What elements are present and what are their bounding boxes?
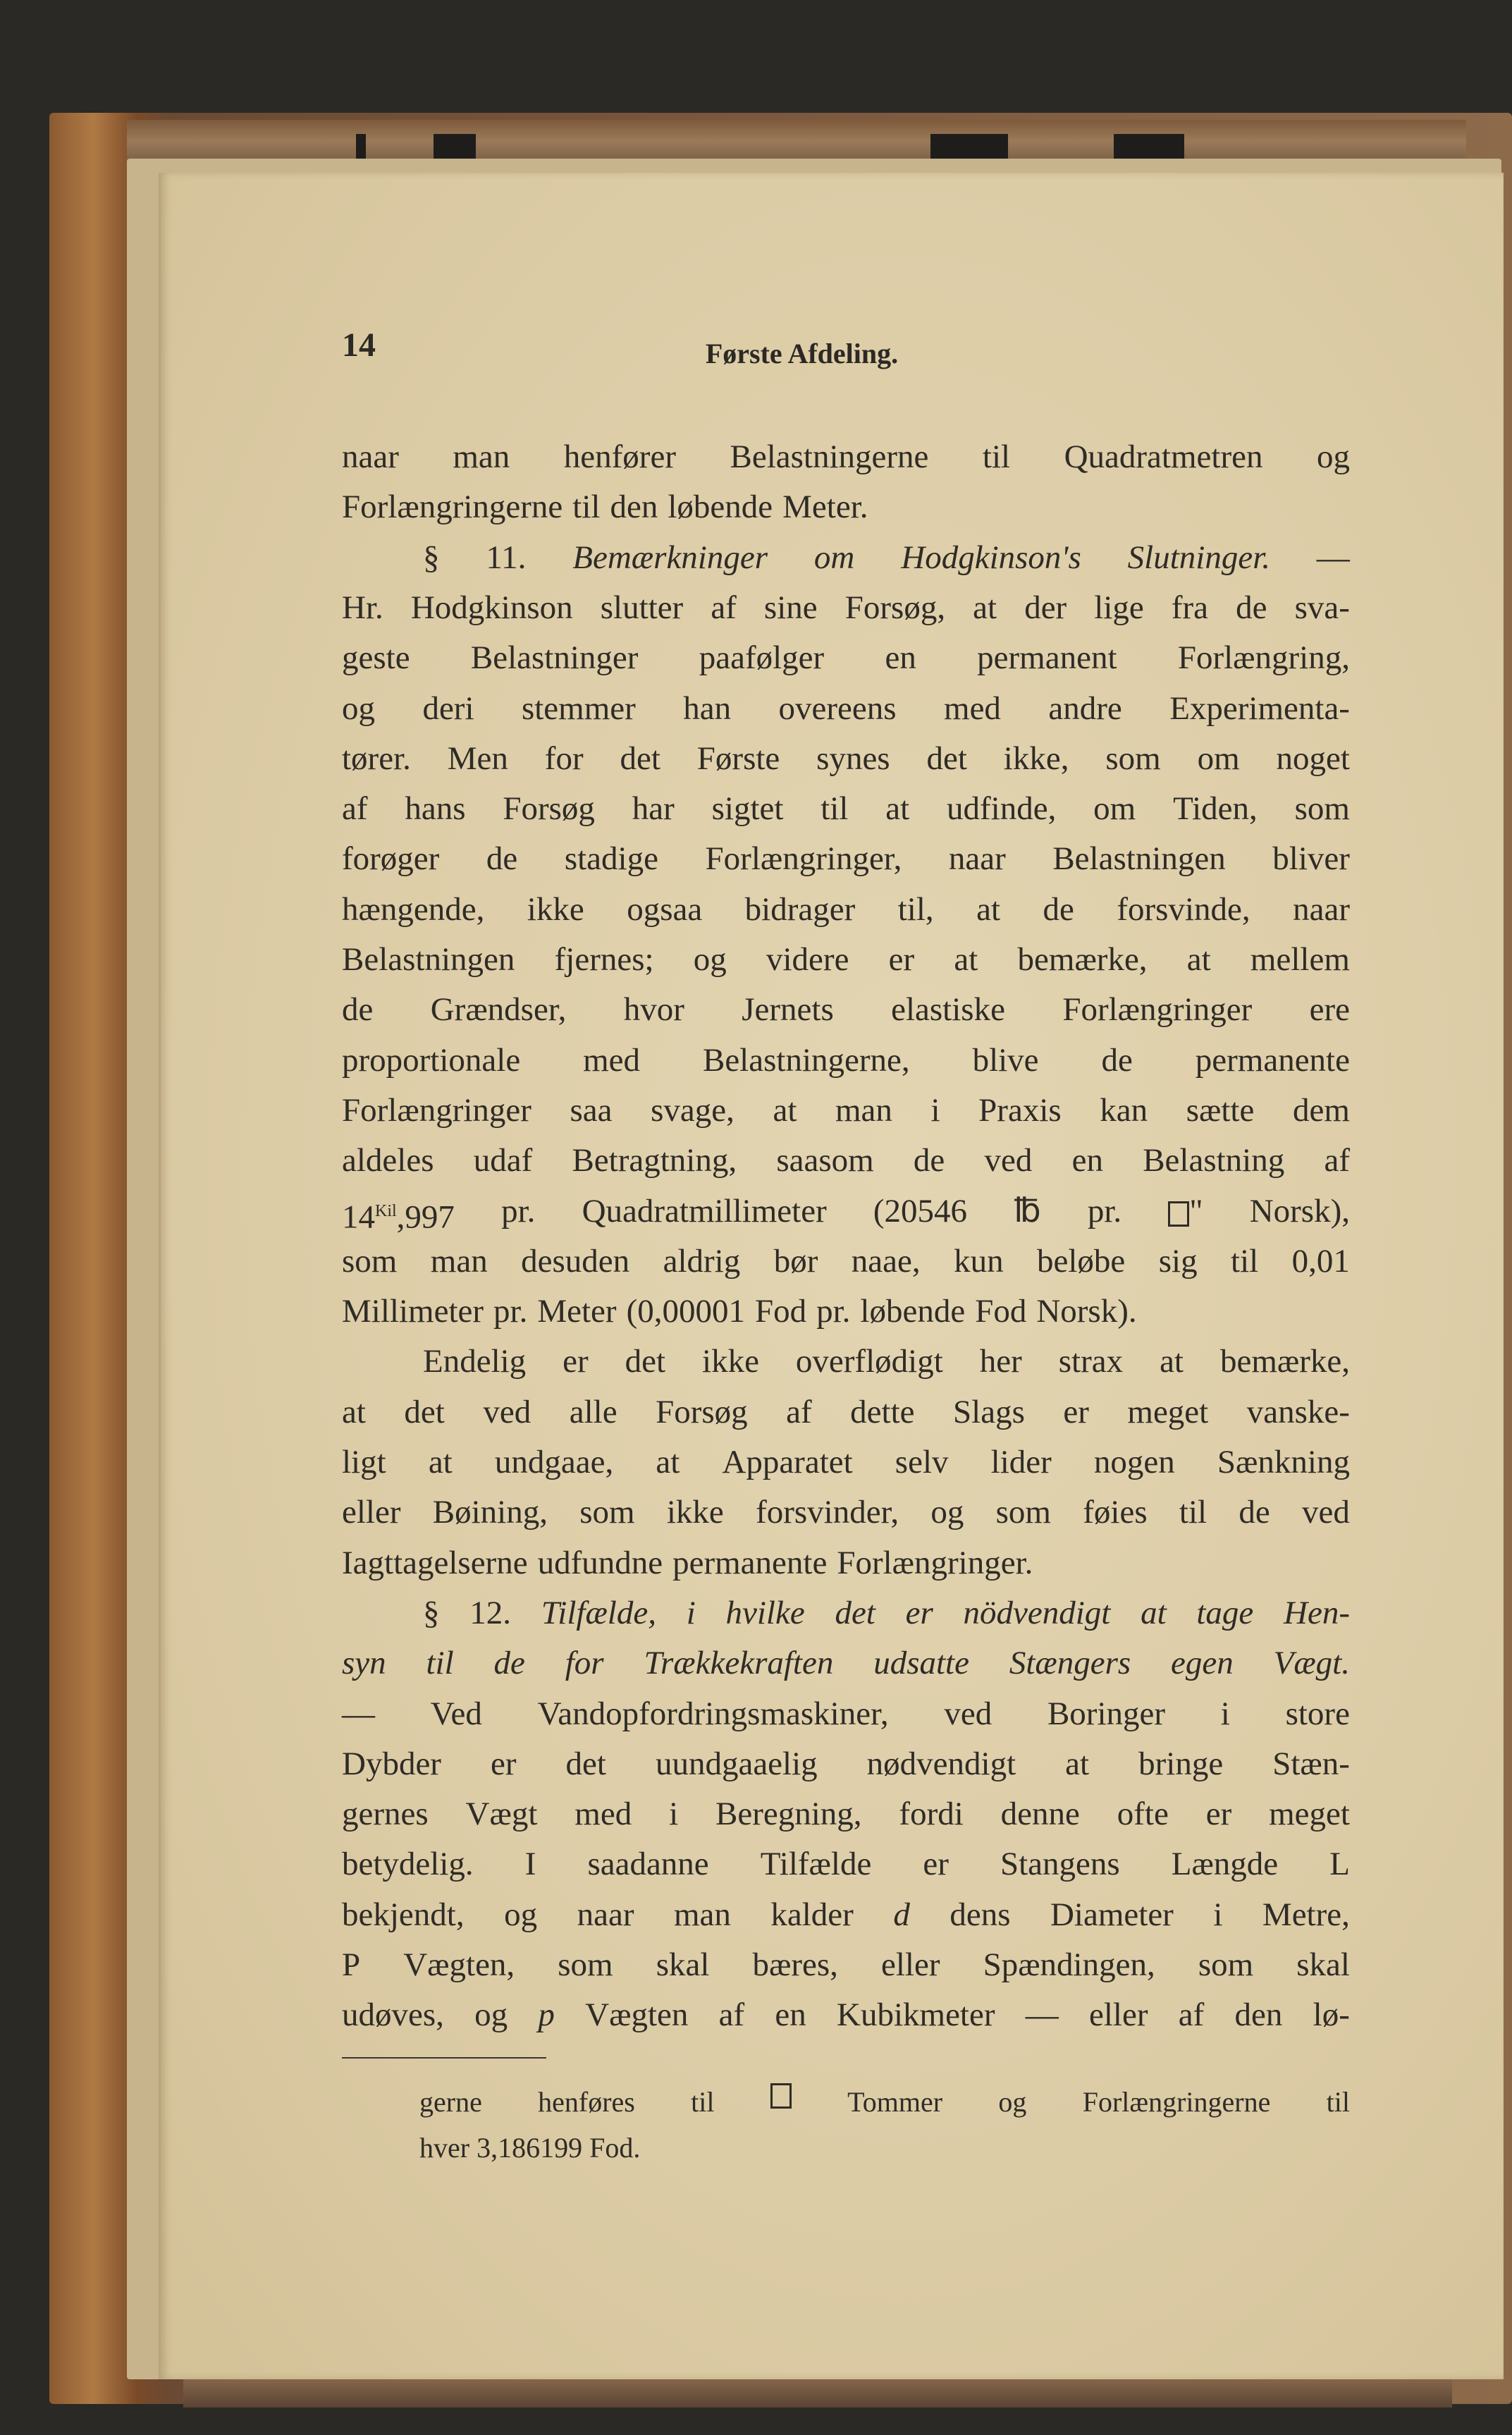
word: beløbe	[1037, 1240, 1125, 1282]
word: udaf	[474, 1139, 533, 1182]
word: Fod	[755, 1290, 806, 1332]
word: at	[1160, 1340, 1184, 1382]
word: i	[687, 1592, 696, 1634]
word: og	[694, 938, 727, 981]
word: Hodgkinson	[411, 587, 573, 629]
body-line: sommandesudenaldrigbørnaae,kunbeløbesigt…	[342, 1240, 1350, 1282]
word: Experimenta-	[1169, 687, 1350, 730]
word: Hodgkinson's	[901, 536, 1081, 579]
word: henføres	[538, 2083, 635, 2121]
word: Belastningerne,	[703, 1039, 910, 1081]
word: Trækkekraften	[644, 1642, 833, 1684]
word: gernes	[342, 1793, 429, 1835]
word: —	[342, 1693, 375, 1735]
word: meget	[1127, 1391, 1208, 1433]
word: Længde	[1172, 1843, 1278, 1885]
word: sva-	[1295, 587, 1350, 629]
word: hvilke	[726, 1592, 805, 1634]
word: Forsøg,	[845, 587, 945, 629]
footnote-line-2: hver 3,186199 Fod.	[419, 2129, 1350, 2167]
body-line: IagttagelserneudfundnepermanenteForlængr…	[342, 1542, 1350, 1584]
word: pr.	[501, 1190, 535, 1232]
word: til	[820, 787, 848, 830]
footnote-rule	[342, 2057, 546, 2059]
word: uundgaaelig	[656, 1743, 818, 1785]
word: at	[973, 587, 997, 629]
word: udsatte	[873, 1642, 969, 1684]
word: syn	[342, 1642, 386, 1684]
word: Tilfælde	[761, 1843, 872, 1885]
word: Kubikmeter	[837, 1994, 995, 2036]
word: Apparatet	[722, 1441, 852, 1483]
word: Praxis	[978, 1089, 1062, 1131]
word: til	[691, 2083, 714, 2121]
word: svage,	[651, 1089, 735, 1131]
word: Boringer	[1047, 1693, 1165, 1735]
body-line: §12.Tilfælde,ihvilkedeternödvendigtattag…	[423, 1592, 1350, 1634]
word: Norsk),	[1250, 1190, 1350, 1232]
word: eller	[342, 1491, 401, 1533]
body-line: ogderistemmerhanovereensmedandreExperime…	[342, 687, 1350, 730]
word: de	[486, 838, 517, 880]
word: Metre,	[1262, 1894, 1350, 1936]
word: som	[558, 1944, 613, 1986]
word: det	[404, 1391, 444, 1433]
word: Forlængringer	[342, 1089, 531, 1131]
word: alle	[570, 1391, 617, 1433]
word: man	[674, 1894, 731, 1936]
word: til	[1327, 2083, 1350, 2121]
word: den	[1235, 1994, 1283, 2036]
body-line: forøgerdestadigeForlængringer,naarBelast…	[342, 838, 1350, 880]
word: Dybder	[342, 1743, 441, 1785]
word: synes	[816, 737, 890, 780]
word: til	[983, 436, 1010, 478]
word: p	[538, 1994, 555, 2036]
word: ligt	[342, 1441, 386, 1483]
word: at	[1187, 938, 1211, 981]
word: er	[906, 1592, 933, 1634]
word: stemmer	[522, 687, 636, 730]
word: Tiden,	[1173, 787, 1258, 830]
word: som	[1295, 787, 1350, 830]
spine-mark	[1114, 134, 1184, 162]
word: sigtet	[712, 787, 784, 830]
word: strax	[1059, 1340, 1123, 1382]
word: Vandopfordringsmaskiner,	[538, 1693, 889, 1735]
word: 11.	[486, 536, 526, 579]
word: af	[342, 787, 368, 830]
word: af	[1179, 1994, 1205, 2036]
word: om	[814, 536, 854, 579]
word: forsvinde,	[1117, 888, 1250, 931]
word: noget	[1277, 737, 1350, 780]
body-line: gesteBelastningerpaafølgerenpermanentFor…	[342, 637, 1350, 679]
word: deri	[422, 687, 474, 730]
word: Betragtning,	[572, 1139, 737, 1182]
word: overflødigt	[796, 1340, 943, 1382]
body-line: betydelig.IsaadanneTilfældeerStangensLæn…	[342, 1843, 1350, 1885]
word: L	[1329, 1843, 1350, 1885]
word: Men	[448, 737, 508, 780]
word: saadanne	[587, 1843, 708, 1885]
word: Bøining,	[433, 1491, 548, 1533]
word: Belastningen	[342, 938, 515, 981]
word: selv	[895, 1441, 949, 1483]
word: ikke	[527, 888, 584, 931]
word: er	[1063, 1391, 1089, 1433]
word: i	[1213, 1894, 1222, 1936]
word: de	[1043, 888, 1074, 931]
word: §	[423, 536, 440, 579]
word: Jernets	[742, 988, 834, 1031]
word: desuden	[521, 1240, 629, 1282]
word: dette	[850, 1391, 914, 1433]
word: at	[1141, 1592, 1167, 1634]
word: Meter	[537, 1290, 616, 1332]
word: bidrager	[745, 888, 856, 931]
word: Slags	[953, 1391, 1025, 1433]
word: fjernes;	[555, 938, 654, 981]
word: proportionale	[342, 1039, 520, 1081]
word: hvor	[624, 988, 684, 1031]
body-line: aldelesudafBetragtning,saasomdevedenBela…	[342, 1139, 1350, 1182]
word: Fod	[975, 1290, 1026, 1332]
word: at	[342, 1391, 366, 1433]
body-line: Millimeterpr.Meter(0,00001Fodpr.løbendeF…	[342, 1290, 1350, 1332]
word: Forlængringerne	[342, 486, 563, 528]
word: i	[931, 1089, 940, 1131]
body-line: proportionalemedBelastningerne,blivedepe…	[342, 1039, 1350, 1081]
word: udøves,	[342, 1994, 444, 2036]
word: at	[976, 888, 1000, 931]
word: udfundne	[538, 1542, 663, 1584]
word: permanente	[672, 1542, 827, 1584]
word: til	[426, 1642, 454, 1684]
body-line: udøves,ogpVægtenafenKubikmeter—ellerafde…	[342, 1994, 1350, 2036]
body-line: deGrændser,hvorJernetselastiskeForlængri…	[342, 988, 1350, 1031]
word: ikke	[702, 1340, 759, 1382]
word: eller	[1089, 1994, 1148, 2036]
word: 0,01	[1292, 1240, 1350, 1282]
word: og	[1317, 436, 1350, 478]
word: ℔	[1014, 1190, 1040, 1232]
word: Belastningen	[1052, 838, 1225, 880]
word: blive	[973, 1039, 1039, 1081]
word: til,	[898, 888, 934, 931]
word: man	[453, 436, 510, 478]
word: lø-	[1313, 1994, 1350, 2036]
word: Tilfælde,	[541, 1592, 656, 1634]
word: Stæn-	[1272, 1743, 1350, 1785]
word: skal	[1296, 1944, 1350, 1986]
word: Stængers	[1009, 1642, 1131, 1684]
word: ere	[1310, 988, 1350, 1031]
word: naar	[949, 838, 1006, 880]
body-line: Dybdererdetuundgaaelignødvendigtatbringe…	[342, 1743, 1350, 1785]
word: har	[632, 787, 675, 830]
word: er	[889, 938, 915, 981]
word: —	[1317, 536, 1350, 579]
word: og	[474, 1994, 508, 2036]
word: saa	[570, 1089, 613, 1131]
body-line: Forlængringersaasvage,atmaniPraxiskansæt…	[342, 1089, 1350, 1131]
word: Millimeter	[342, 1290, 484, 1332]
word: Forlængringerne	[1083, 2083, 1271, 2121]
word: løbende	[860, 1290, 965, 1332]
body-line: bekjendt,ognaarmankalderddensDiameteriMe…	[342, 1894, 1350, 1936]
word: de	[1239, 1491, 1270, 1533]
word: lige	[1094, 587, 1143, 629]
word: I	[525, 1843, 536, 1885]
word: nogen	[1094, 1441, 1175, 1483]
word: Quadratmillimeter	[582, 1190, 827, 1232]
word: det	[625, 1340, 665, 1382]
word: at	[429, 1441, 453, 1483]
word: Norsk).	[1036, 1290, 1136, 1332]
word: de	[494, 1642, 525, 1684]
word: de	[914, 1139, 945, 1182]
word: ikke,	[1004, 737, 1069, 780]
body-line: gernesVægtmediBeregning,fordidenneofteer…	[342, 1793, 1350, 1835]
body-line: Endeligerdetikkeoverflødigtherstraxatbem…	[423, 1340, 1350, 1382]
word: elastiske	[891, 988, 1005, 1031]
word: at	[656, 1441, 680, 1483]
body-line: ForlængringernetildenløbendeMeter.	[342, 486, 1350, 528]
word: mellem	[1250, 938, 1350, 981]
word: bliver	[1272, 838, 1350, 880]
body-line: 14Kil,997pr.Quadratmillimeter(20546℔pr."…	[342, 1190, 1350, 1232]
word: betydelig.	[342, 1843, 474, 1885]
word: Forlængring,	[1178, 637, 1350, 679]
word: tage	[1196, 1592, 1253, 1634]
body-line: naarmanhenførerBelastningernetilQuadratm…	[342, 436, 1350, 478]
word: "	[1168, 1190, 1203, 1232]
word: om	[1093, 787, 1136, 830]
word: forsvinder,	[756, 1491, 899, 1533]
word: bringe	[1138, 1743, 1223, 1785]
body-line: tører.MenfordetFørstesynesdetikke,somomn…	[342, 737, 1350, 780]
body-line: afhansForsøgharsigtettilatudfinde,omTide…	[342, 787, 1350, 830]
word: og	[930, 1491, 964, 1533]
word: der	[1024, 587, 1067, 629]
word: Quadratmetren	[1064, 436, 1263, 478]
word: Hr.	[342, 587, 383, 629]
word: Forlængringer	[1062, 988, 1252, 1031]
word: kan	[1100, 1089, 1148, 1131]
word: til	[1231, 1240, 1258, 1282]
word: sætte	[1186, 1089, 1255, 1131]
word: er	[491, 1743, 517, 1785]
word: fordi	[899, 1793, 963, 1835]
word: for	[545, 737, 584, 780]
word: eller	[881, 1944, 940, 1986]
word: Tommer	[847, 2083, 942, 2121]
body-line: ellerBøining,somikkeforsvinder,ogsomføie…	[342, 1491, 1350, 1533]
word: bæres,	[753, 1944, 838, 1986]
square-symbol-icon	[770, 2083, 792, 2109]
word: og	[998, 2083, 1026, 2121]
spine-mark	[434, 134, 476, 162]
word: naar	[342, 436, 399, 478]
word: de	[1236, 587, 1267, 629]
word: en	[1072, 1139, 1103, 1182]
word: Bemærkninger	[572, 536, 768, 579]
body-line: hængende,ikkeogsaabidragertil,atdeforsvi…	[342, 888, 1350, 931]
spine-mark	[356, 134, 366, 162]
word: det	[566, 1743, 606, 1785]
body-line: syntildeforTrækkekraftenudsatteStængerse…	[342, 1642, 1350, 1684]
word: en	[775, 1994, 806, 2036]
word: andre	[1048, 687, 1121, 730]
word: meget	[1269, 1793, 1350, 1835]
word: videre	[766, 938, 849, 981]
word: det	[620, 737, 660, 780]
word: Belastning	[1143, 1139, 1284, 1182]
body-line: PVægten,somskalbæres,ellerSpændingen,som…	[342, 1944, 1350, 1986]
word: og	[342, 687, 375, 730]
footnote-line-1: gernehenførestilTommerogForlængringernet…	[419, 2083, 1350, 2121]
word: §	[423, 1592, 440, 1634]
word: Belastninger	[471, 637, 639, 679]
word: med	[944, 687, 1001, 730]
word: de	[342, 988, 373, 1031]
word: —	[1026, 1994, 1059, 2036]
word: tører.	[342, 737, 411, 780]
word: 14Kil,997	[342, 1190, 455, 1232]
word: store	[1286, 1693, 1350, 1735]
word: det	[835, 1592, 875, 1634]
word: Beregning,	[715, 1793, 862, 1835]
running-head: Første Afdeling.	[0, 337, 1512, 370]
word: hængende,	[342, 888, 484, 931]
word: vanske-	[1247, 1391, 1350, 1433]
word: Endelig	[423, 1340, 526, 1382]
word: denne	[1001, 1793, 1080, 1835]
word: med	[574, 1793, 632, 1835]
word: pr.	[1088, 1190, 1121, 1232]
word: henfører	[564, 436, 676, 478]
book-bottom-edge	[183, 2376, 1452, 2408]
word: ogsaa	[627, 888, 702, 931]
word: føies	[1083, 1491, 1147, 1533]
word: som	[342, 1240, 397, 1282]
word: dens	[949, 1894, 1010, 1936]
word: her	[980, 1340, 1022, 1382]
word: i	[669, 1793, 678, 1835]
word: i	[1221, 1693, 1230, 1735]
word: en	[885, 637, 916, 679]
word: ikke	[667, 1491, 724, 1533]
body-line: §11.BemærkningeromHodgkinson'sSlutninger…	[423, 536, 1350, 579]
body-line: atdetvedalleForsøgafdetteSlagsermegetvan…	[342, 1391, 1350, 1433]
word: det	[926, 737, 966, 780]
word: slutter	[601, 587, 683, 629]
word: Sænkning	[1217, 1441, 1350, 1483]
word: og	[504, 1894, 537, 1936]
word: stadige	[565, 838, 658, 880]
word: undgaae,	[495, 1441, 613, 1483]
word: aldrig	[663, 1240, 741, 1282]
spine-mark	[930, 134, 1008, 162]
word: at	[954, 938, 978, 981]
word: løbende	[668, 486, 773, 528]
word: udfinde,	[947, 787, 1056, 830]
word: af	[711, 587, 737, 629]
word: (20546	[873, 1190, 967, 1232]
word: lider	[991, 1441, 1052, 1483]
word: man	[431, 1240, 488, 1282]
word: pr.	[816, 1290, 850, 1332]
word: ved	[483, 1391, 531, 1433]
word: gerne	[419, 2083, 482, 2121]
word: at	[885, 787, 909, 830]
word: Iagttagelserne	[342, 1542, 528, 1584]
word: Grændser,	[431, 988, 567, 1031]
word: ofte	[1117, 1793, 1169, 1835]
word: Diameter	[1050, 1894, 1174, 1936]
word: paafølger	[699, 637, 824, 679]
word: naar	[1293, 888, 1350, 931]
word: forøger	[342, 838, 439, 880]
word: dem	[1293, 1089, 1350, 1131]
word: Forsøg	[656, 1391, 748, 1433]
body-line: ligtatundgaae,atApparatetselvlidernogenS…	[342, 1441, 1350, 1483]
word: Første	[697, 737, 780, 780]
word: ved	[944, 1693, 992, 1735]
word: nødvendigt	[867, 1743, 1016, 1785]
word: de	[1101, 1039, 1132, 1081]
word: han	[683, 687, 731, 730]
word: af	[786, 1391, 812, 1433]
word: ved	[1302, 1491, 1350, 1533]
word: som	[579, 1491, 634, 1533]
word: Ved	[431, 1693, 482, 1735]
word: hans	[405, 787, 465, 830]
word: bemærke,	[1018, 938, 1148, 981]
word: om	[1198, 737, 1240, 780]
word: (0,00001	[627, 1290, 745, 1332]
word: aldeles	[342, 1139, 434, 1182]
word: Vægt	[466, 1793, 538, 1835]
word: Vægten,	[403, 1944, 515, 1986]
word: er	[1206, 1793, 1232, 1835]
word: at	[773, 1089, 797, 1131]
word: nödvendigt	[963, 1592, 1110, 1634]
word: Spændingen,	[983, 1944, 1155, 1986]
word: som	[996, 1491, 1051, 1533]
word: skal	[656, 1944, 710, 1986]
word: Slutninger.	[1128, 536, 1270, 579]
word: fra	[1172, 587, 1208, 629]
word: sig	[1159, 1240, 1198, 1282]
word: Forlængringer,	[706, 838, 902, 880]
word: Hen-	[1284, 1592, 1350, 1634]
word: er	[923, 1843, 949, 1885]
word: pr.	[493, 1290, 527, 1332]
word: for	[565, 1642, 604, 1684]
word: naar	[577, 1894, 634, 1936]
word: permanent	[977, 637, 1117, 679]
body-line: Hr.HodgkinsonslutterafsineForsøg,atderli…	[342, 587, 1350, 629]
word: Stangens	[1000, 1843, 1120, 1885]
word: Forsøg	[503, 787, 595, 830]
word: naae,	[852, 1240, 921, 1282]
word: som	[1198, 1944, 1253, 1986]
word: til	[572, 486, 600, 528]
square-symbol-icon	[1168, 1201, 1189, 1227]
word: overeens	[779, 687, 897, 730]
